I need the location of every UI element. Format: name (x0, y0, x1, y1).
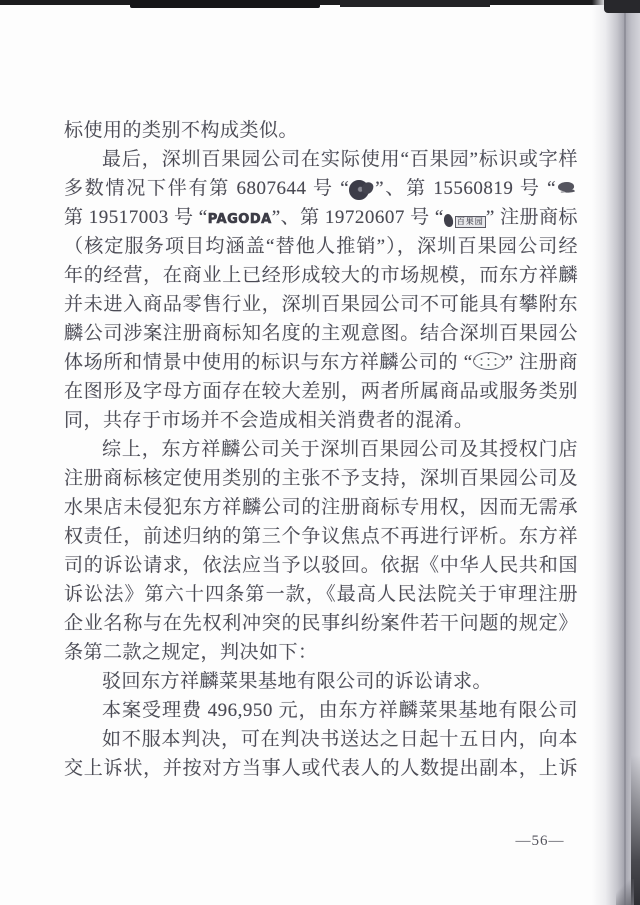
text-run: 并未进入商品零售行业，深圳百果园公司不可能具有攀附东方祥 (64, 294, 578, 319)
text-run: 本案受理费 496,950 元，由东方祥麟菜果基地有限公司负担。 (64, 700, 578, 725)
text-line: 权责任，前述归纳的第三个争议焦点不再进行评析。东方祥麟公 (64, 522, 578, 551)
page-number: —56— (500, 833, 580, 850)
boxed-wordmark: 百果园 (455, 216, 486, 228)
text-run: （核定服务项目均涵盖“替他人推销”），深圳百果园公司经过多 (64, 236, 578, 261)
text-run: 交上诉状，并按对方当事人或代表人的人数提出副本，上诉于福 (64, 758, 578, 783)
text-line: 如不服本判决，可在判决书送达之日起十五日内，向本院递 (64, 725, 578, 754)
text-line: 体场所和情景中使用的标识与东方祥麟公司的 “” 注册商标 (64, 348, 578, 377)
text-line: 并未进入商品零售行业，深圳百果园公司不可能具有攀附东方祥 (64, 290, 578, 319)
scan-top-edge (0, 0, 640, 5)
text-line: 条第二款之规定，判决如下： (64, 638, 578, 667)
circular-emblem-icon (349, 179, 375, 196)
text-line: 司的诉讼请求，依法应当予以驳回。依据《中华人民共和国民事 (64, 551, 578, 580)
figure-baiguoyuan-box-icon: 百果园 (444, 205, 486, 221)
scan-corner-bottom-right (616, 879, 634, 905)
text-line: 在图形及字母方面存在较大差别，两者所属商品或服务类别亦不 (64, 377, 578, 406)
page-right-edge-line (624, 0, 626, 905)
text-run: 注册商标核定使用类别的主张不予支持，深圳百果园公司及泽德 (64, 468, 578, 493)
text-line: 第 19517003 号 “PAGODA”、第 19720607 号 “百果园”… (64, 203, 578, 232)
text-line: 本案受理费 496,950 元，由东方祥麟菜果基地有限公司负担。 (64, 696, 578, 725)
text-line: 企业名称与在先权利冲突的民事纠纷案件若干问题的规定》第一 (64, 609, 578, 638)
text-run: 诉讼法》第六十四条第一款，《最高人民法院关于审理注册商标、 (64, 584, 578, 609)
text-run: 第 19517003 号 “ (64, 207, 208, 228)
text-run: ” 注册商标 (486, 207, 578, 228)
text-run: 体场所和情景中使用的标识与东方祥麟公司的 “ (64, 352, 473, 373)
text-run: 综上，东方祥麟公司关于深圳百果园公司及其授权门店超出 (64, 439, 578, 464)
text-run: 企业名称与在先权利冲突的民事纠纷案件若干问题的规定》第一 (64, 613, 578, 638)
text-line: 年的经营，在商业上已经形成较大的市场规模，而东方祥麟公司 (64, 261, 578, 290)
scan-corner-top-right (604, 0, 640, 13)
text-run: 司的诉讼请求，依法应当予以驳回。依据《中华人民共和国民事 (64, 555, 578, 580)
text-run: 麟公司涉案注册商标知名度的主观意图。结合深圳百果园公司具 (64, 323, 578, 348)
text-run: ”、第 15560819 号 “ (375, 178, 556, 199)
text-line: 最后，深圳百果园公司在实际使用“百果园”标识或字样时， (64, 145, 578, 174)
text-line: 综上，东方祥麟公司关于深圳百果园公司及其授权门店超出 (64, 435, 578, 464)
text-run: 如不服本判决，可在判决书送达之日起十五日内，向本院递 (64, 729, 578, 754)
text-line: 多数情况下伴有第 6807644 号 “”、第 15560819 号 “”、 (64, 174, 578, 203)
text-line: 水果店未侵犯东方祥麟公司的注册商标专用权，因而无需承担侵 (64, 493, 578, 522)
judgment-text-body: 标使用的类别不构成类似。最后，深圳百果园公司在实际使用“百果园”标识或字样时，多… (64, 116, 578, 783)
text-run: ”、第 19720607 号 “ (272, 207, 444, 228)
text-line: 注册商标核定使用类别的主张不予支持，深圳百果园公司及泽德 (64, 464, 578, 493)
text-run: 多数情况下伴有第 6807644 号 “ (64, 178, 349, 199)
text-run: 最后，深圳百果园公司在实际使用“百果园”标识或字样时， (64, 149, 578, 174)
text-line: 标使用的类别不构成类似。 (64, 116, 578, 145)
pagoda-wordmark-icon: PAGODA (208, 205, 272, 232)
text-run: 水果店未侵犯东方祥麟公司的注册商标专用权，因而无需承担侵 (64, 497, 578, 522)
scan-top-edge-patch (340, 0, 490, 7)
text-line: 麟公司涉案注册商标知名度的主观意图。结合深圳百果园公司具 (64, 319, 578, 348)
running-figure-icon (556, 182, 578, 196)
text-line: 同，共存于市场并不会造成相关消费者的混淆。 (64, 406, 578, 435)
figure-icon (443, 214, 453, 228)
text-run: 条第二款之规定，判决如下： (64, 642, 318, 663)
text-run: 驳回东方祥麟菜果基地有限公司的诉讼请求。 (102, 671, 492, 692)
text-run: 权责任，前述归纳的第三个争议焦点不再进行评析。东方祥麟公 (64, 526, 578, 551)
text-run: 同，共存于市场并不会造成相关消费者的混淆。 (64, 410, 474, 431)
text-line: 交上诉状，并按对方当事人或代表人的人数提出副本，上诉于福 (64, 754, 578, 783)
scan-top-edge-patch (130, 0, 320, 8)
text-line: （核定服务项目均涵盖“替他人推销”），深圳百果园公司经过多 (64, 232, 578, 261)
text-run: 年的经营，在商业上已经形成较大的市场规模，而东方祥麟公司 (64, 265, 578, 290)
oval-dotted-emblem-icon (473, 352, 505, 370)
text-run: 在图形及字母方面存在较大差别，两者所属商品或服务类别亦不 (64, 381, 578, 406)
text-line: 驳回东方祥麟菜果基地有限公司的诉讼请求。 (64, 667, 578, 696)
text-run: 标使用的类别不构成类似。 (64, 120, 298, 141)
text-line: 诉讼法》第六十四条第一款，《最高人民法院关于审理注册商标、 (64, 580, 578, 609)
